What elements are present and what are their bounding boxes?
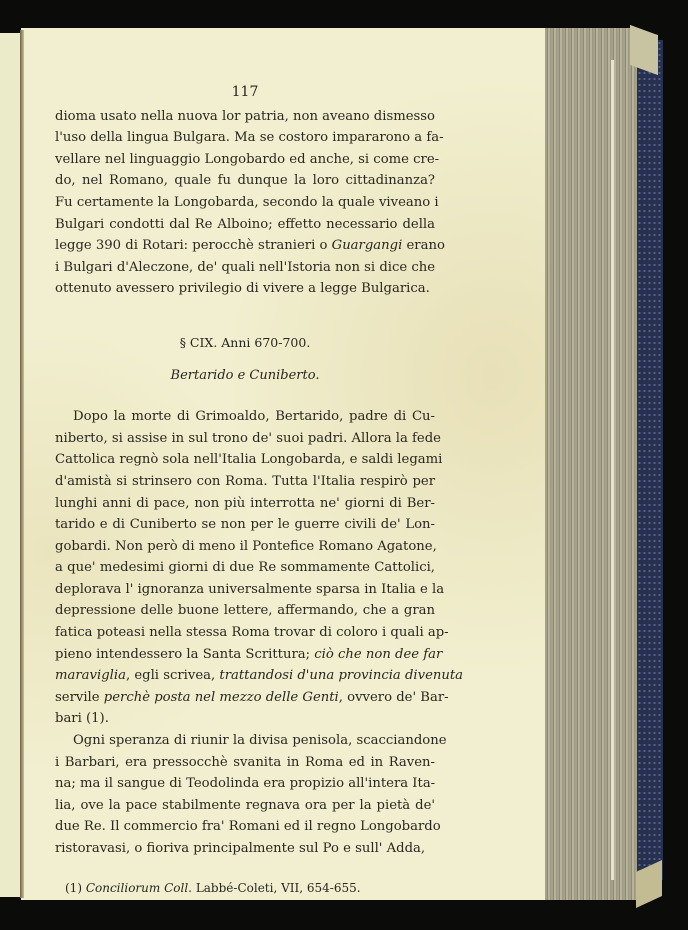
text-line: niberto, si assise in sul trono de' suoi… <box>55 428 435 450</box>
footnote-text: Labbé-Coleti, VII, 654-655. <box>196 881 361 895</box>
text-line: l'uso della lingua Bulgara. Ma se costor… <box>55 127 435 149</box>
page-number: 117 <box>55 82 435 104</box>
text-line: Ogni speranza di riunir la divisa peniso… <box>55 730 435 752</box>
text-line: pieno intendessero la Santa Scrittura; c… <box>55 644 435 666</box>
book-cover <box>637 40 663 880</box>
page-edge-highlight <box>611 60 614 880</box>
paragraph-3: Ogni speranza di riunir la divisa peniso… <box>55 730 435 860</box>
text-line: i Bulgari d'Aleczone, de' quali nell'Ist… <box>55 257 435 279</box>
text-line: servile perchè posta nel mezzo delle Gen… <box>55 687 435 709</box>
section-heading: § CIX. Anni 670-700. <box>55 332 435 354</box>
text-line: fatica poteasi nella stessa Roma trovar … <box>55 622 435 644</box>
text-line: Dopo la morte di Grimoaldo, Bertarido, p… <box>55 406 435 428</box>
text-line: legge 390 di Rotari: perocchè stranieri … <box>55 235 435 257</box>
text-line: a que' medesimi giorni di due Re sommame… <box>55 557 435 579</box>
text-line: Cattolica regnò sola nell'Italia Longoba… <box>55 449 435 471</box>
footnote-marker: (1) <box>65 881 82 895</box>
text-line: na; ma il sangue di Teodolinda era propi… <box>55 773 435 795</box>
text-line: vellare nel linguaggio Longobardo ed anc… <box>55 149 435 171</box>
text-line: d'amistà si strinsero con Roma. Tutta l'… <box>55 471 435 493</box>
text-line: i Barbari, era pressocchè svanita in Rom… <box>55 752 435 774</box>
text-line: maraviglia, egli scrivea, trattandosi d'… <box>55 665 435 687</box>
footnote-title: Conciliorum Coll. <box>86 881 192 895</box>
section-subtitle: Bertarido e Cuniberto. <box>55 365 435 387</box>
left-page-edge <box>0 33 22 897</box>
text-line: ristoravasi, o fioriva principalmente su… <box>55 838 435 860</box>
text-line: bari (1). <box>55 708 435 730</box>
text-line: depressione delle buone lettere, afferma… <box>55 600 435 622</box>
page-text: 117 dioma usato nella nuova lor patria, … <box>55 84 435 899</box>
text-line: ottenuto avessero privilegio di vivere a… <box>55 278 435 300</box>
text-line: lia, ove la pace stabilmente regnava ora… <box>55 795 435 817</box>
text-line: dioma usato nella nuova lor patria, non … <box>55 106 435 128</box>
text-line: due Re. Il commercio fra' Romani ed il r… <box>55 816 435 838</box>
text-line: deplorava l' ignoranza universalmente sp… <box>55 579 435 601</box>
text-line: lunghi anni di pace, non più interrotta … <box>55 493 435 515</box>
page-block-edges <box>545 28 637 900</box>
text-line: gobardi. Non però di meno il Pontefice R… <box>55 536 435 558</box>
footnote: (1) Conciliorum Coll. Labbé-Coleti, VII,… <box>55 878 435 900</box>
book-gutter <box>20 30 24 898</box>
paragraph-2: Dopo la morte di Grimoaldo, Bertarido, p… <box>55 406 435 730</box>
text-line: do, nel Romano, quale fu dunque la loro … <box>55 170 435 192</box>
paragraph-1: dioma usato nella nuova lor patria, non … <box>55 106 435 300</box>
text-line: tarido e di Cuniberto se non per le guer… <box>55 514 435 536</box>
text-line: Bulgari condotti dal Re Alboino; effetto… <box>55 214 435 236</box>
text-line: Fu certamente la Longobarda, secondo la … <box>55 192 435 214</box>
